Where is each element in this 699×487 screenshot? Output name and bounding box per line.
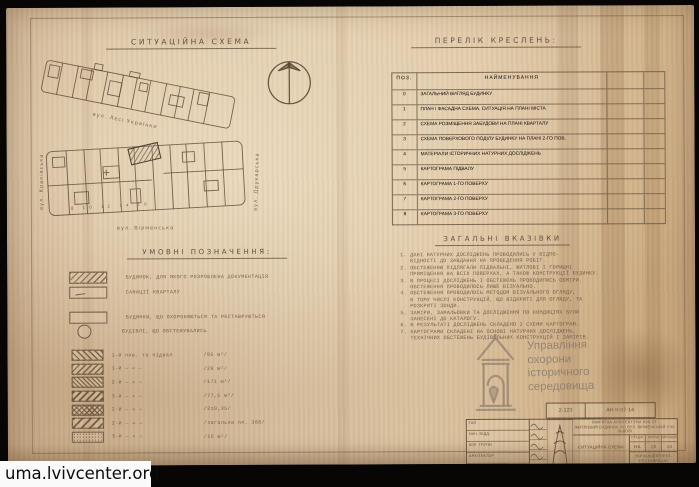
street-label-left: вул. Краківська <box>39 154 45 210</box>
role-row: КЕР. ГРУПИ <box>467 442 529 453</box>
row-name: ПЛАН І ФАСАДНА СХЕМА, СИТУАЦІЯ НА ПЛАНІ … <box>416 104 606 119</box>
role-row: ВИКОНАВ <box>467 464 529 466</box>
row-extra1 <box>606 104 643 118</box>
street-label-right: вул. Друкарська <box>253 152 261 211</box>
legend-label: БУДІВЛІ, ЩО ОБСТЕЖУВАЛИСЬ <box>122 328 207 334</box>
area-value: /219,35/ <box>204 406 231 412</box>
col-header-name: НАЙМЕНУВАННЯ <box>416 72 606 89</box>
stage-header: СТАДІЯ <box>630 435 646 441</box>
area-row: 1-й пов. та підвал/95 м²/ <box>71 346 264 360</box>
table-row: 1ПЛАН І ФАСАДНА СХЕМА, СИТУАЦІЯ НА ПЛАНІ… <box>392 103 664 119</box>
legend-item: БУДІВЛІ, ЩО ОБСТЕЖУВАЛИСЬ <box>77 322 207 341</box>
area-row: 2-й — « —/219,35/ <box>72 400 265 414</box>
drawings-title: ПЕРЕЛІК КРЕСЛЕНЬ: <box>411 35 581 48</box>
watermark-line: історичного <box>528 366 594 381</box>
scanned-sheet: СИТУАЦІЙНА СХЕМА <box>0 0 699 487</box>
col-header-num: ПОЗ. <box>392 73 416 89</box>
col-header-extra2 <box>643 72 674 88</box>
table-row: 2СХЕМА РОЗМІЩЕННЯ ЗАБУДОВИ НА ПЛАНІ КВАР… <box>392 118 664 134</box>
area-row: 3-й — « —/16 м²/ <box>72 427 265 441</box>
row-extra2 <box>643 89 674 103</box>
site-plan-map: вул. Лесі Українки вул. Краківська вул. … <box>34 51 265 244</box>
role-label: ВИКОНАВ <box>469 465 489 466</box>
row-name: КАРТОГРАМА 1-ГО ПОВЕРХУ <box>417 179 607 194</box>
area-row: 1-й — « —/29 м²/ <box>72 359 265 373</box>
role-row: НАЧ. ВІДД. <box>467 431 529 442</box>
row-name: СХЕМА ПОВЕРХОВОГО ПОДІЛУ БУДИНКУ НА ПЛАН… <box>417 134 607 149</box>
legend-swatch-surveyed-circle <box>77 324 91 338</box>
paper-sheet: СИТУАЦІЙНА СХЕМА <box>6 5 696 466</box>
notes-title: ЗАГАЛЬНІ ВКАЗІВКИ <box>435 235 570 247</box>
row-num: 1 <box>392 105 416 119</box>
area-floor: 2-й — « — <box>112 379 204 385</box>
doc-number-strip: 2-123 АН ІІ-07-14 <box>546 402 656 418</box>
row-extra1 <box>606 119 643 133</box>
row-name: КАРТОГРАМА ПІДВАЛУ <box>417 164 607 179</box>
area-value: /95 м²/ <box>204 352 228 358</box>
row-num: 2 <box>392 120 416 134</box>
area-row: 3-й — « —/77,5 м²/ <box>72 387 265 401</box>
stage-value-row: НА 13 14 <box>630 442 677 452</box>
area-floor: 1-й — « — <box>112 366 204 372</box>
row-extra1 <box>607 179 644 193</box>
doc-code: АН ІІ-07-14 <box>586 403 655 417</box>
row-num: 3 <box>393 135 417 149</box>
area-swatch <box>72 377 104 388</box>
legend-item: САНАЦІЇ КВАРТАЛУ <box>69 283 180 301</box>
area-value: /29 м²/ <box>204 365 228 371</box>
table-row: 4МАТЕРІАЛИ ІСТОРИЧНИХ НАТУРНИХ ДОСЛІДЖЕН… <box>393 148 665 164</box>
row-num: 7 <box>393 195 417 209</box>
organization-cell: УКРЗАХІДПРОЕКТ- РЕСТАВРАЦІЯ М. ЛЬВІВ <box>630 452 677 466</box>
row-name: ЗАГАЛЬНИЙ ВИГЛЯД БУДИНКУ <box>416 89 606 104</box>
area-row: 2-й — « —/171 м²/ <box>72 373 265 387</box>
legend-label: БУДИНОК, ДЛЯ ЯКОГО РОЗРОБЛЕНА ДОКУМЕНТАЦ… <box>126 274 269 281</box>
table-header-row: ПОЗ. НАЙМЕНУВАННЯ <box>392 72 664 89</box>
scheme-title: СИТУАЦІЙНА СХЕМА <box>106 37 276 50</box>
role-row: ГАП <box>467 420 529 431</box>
area-value: /77,5 м²/ <box>204 393 235 399</box>
row-extra2 <box>644 179 675 193</box>
north-arrow-icon <box>262 55 316 109</box>
area-value: /16 м²/ <box>204 433 228 439</box>
sheet-value: 13 <box>646 442 662 451</box>
role-label: АРХІТЕКТОР <box>469 454 494 458</box>
drawings-table: ПОЗ. НАЙМЕНУВАННЯ 0ЗАГАЛЬНИЙ ВИГЛЯД БУДИ… <box>391 71 666 225</box>
row-extra2 <box>644 209 675 223</box>
area-row: 2-й — « —/загальна пл. 308/ <box>72 414 265 428</box>
sheet-header: АРКУШ <box>646 435 662 441</box>
area-swatch <box>72 431 104 442</box>
role-label: ГАП <box>469 421 477 425</box>
row-extra2 <box>644 149 675 163</box>
area-value: /171 м²/ <box>204 379 231 385</box>
watermark-line: середовища <box>528 379 594 394</box>
sheet-title: СИТУАЦІЙНА СХЕМА <box>573 445 629 450</box>
project-line: ЖИТЛОВИЙ БУДИНОК ПО ВУЛ. ВІРМЕНСЬКІЙ У М… <box>573 425 677 435</box>
doc-number: 2-123 <box>547 403 586 417</box>
row-extra2 <box>644 164 675 178</box>
area-floor: 3-й — « — <box>112 393 204 399</box>
row-num: 8 <box>393 210 417 224</box>
row-name: КАРТОГРАМА 3-ГО ПОВЕРХУ <box>417 209 607 224</box>
heritage-office-tower-icon <box>467 334 523 418</box>
sheets-header: АРКУШІВ <box>662 435 677 441</box>
notes-block: 1. ДАНІ НАТУРНИХ ДОСЛІДЖЕНЬ ПРОВОДИЛИСЬ … <box>400 251 685 342</box>
street-label-middle: вул. Лесі Українки <box>92 112 158 131</box>
row-extra1 <box>606 89 643 103</box>
row-num: 6 <box>393 180 417 194</box>
title-block: ГАП НАЧ. ВІДД. КЕР. ГРУПИ АРХІТЕКТОР ВИК… <box>466 418 678 466</box>
area-floor: 3-й — « — <box>112 433 204 439</box>
col-header-extra1 <box>606 72 643 88</box>
row-extra1 <box>607 194 644 208</box>
row-name: КАРТОГРАМА 2-ГО ПОВЕРХУ <box>417 194 607 209</box>
stamp-right-area: ПАМ'ЯТКА АРХІТЕКТУРИ ХVІІ СТ. ЖИТЛОВИЙ Б… <box>573 419 677 466</box>
table-row: 0ЗАГАЛЬНИЙ ВИГЛЯД БУДИНКУ <box>392 88 664 104</box>
area-floor: 2-й — « — <box>112 406 204 412</box>
row-num: 0 <box>392 90 416 104</box>
table-row: 6КАРТОГРАМА 1-ГО ПОВЕРХУ <box>393 178 665 194</box>
row-name: МАТЕРІАЛИ ІСТОРИЧНИХ НАТУРНИХ ДОСЛІДЖЕНЬ <box>417 149 607 164</box>
legend-label: САНАЦІЇ КВАРТАЛУ <box>126 289 180 295</box>
row-extra1 <box>607 209 644 223</box>
table-row: 3СХЕМА ПОВЕРХОВОГО ПОДІЛУ БУДИНКУ НА ПЛА… <box>393 133 665 149</box>
row-extra2 <box>643 104 674 118</box>
row-extra1 <box>607 149 644 163</box>
legend-swatch-sanation <box>69 286 107 298</box>
heritage-office-watermark: Управління охорони історичного середовищ… <box>527 339 594 394</box>
row-extra2 <box>644 194 675 208</box>
stamp-emblem-sketch <box>547 420 573 466</box>
sheet-title-cell: СИТУАЦІЙНА СХЕМА <box>573 435 630 466</box>
project-title-cell: ПАМ'ЯТКА АРХІТЕКТУРИ ХVІІ СТ. ЖИТЛОВИЙ Б… <box>573 419 677 435</box>
signatures-column <box>529 420 547 466</box>
stamp-roles-column: ГАП НАЧ. ВІДД. КЕР. ГРУПИ АРХІТЕКТОР ВИК… <box>467 420 530 466</box>
stage-value: НА <box>630 442 646 451</box>
role-label: НАЧ. ВІДД. <box>469 432 490 436</box>
area-value: /загальна пл. 308/ <box>204 420 265 426</box>
role-label: КЕР. ГРУПИ <box>469 443 492 447</box>
watermark-line: Управління <box>527 339 593 354</box>
source-watermark-label: uma.lvivcenter.org <box>0 461 151 487</box>
row-extra2 <box>644 134 675 148</box>
subject-building <box>128 142 161 164</box>
row-extra2 <box>643 119 674 133</box>
legend-title: УМОВНІ ПОЗНАЧЕННЯ: <box>127 248 287 260</box>
area-swatch <box>71 350 103 361</box>
table-row: 7КАРТОГРАМА 2-ГО ПОВЕРХУ <box>393 193 665 209</box>
area-swatch <box>72 418 104 429</box>
legend-label: БУДИНКИ, ЩО ОХОРОНЯЮТЬСЯ ТА РЕСТАВРУЮТЬС… <box>126 314 265 321</box>
street-label-bottom: вул. Вірменська <box>117 225 174 231</box>
areas-list: 1-й пов. та підвал/95 м²/ 1-й — « —/29 м… <box>71 346 265 442</box>
sheets-value: 14 <box>662 442 677 451</box>
house-numbers: 8 10 12 14 16 <box>71 201 151 211</box>
row-name: СХЕМА РОЗМІЩЕННЯ ЗАБУДОВИ НА ПЛАНІ КВАРТ… <box>416 119 606 134</box>
area-floor: 2-й — « — <box>112 420 204 426</box>
row-num: 5 <box>393 165 417 179</box>
source-url-text: uma.lvivcenter.org <box>5 464 159 483</box>
row-extra1 <box>607 134 644 148</box>
table-row: 8КАРТОГРАМА 3-ГО ПОВЕРХУ <box>393 208 665 224</box>
row-num: 4 <box>393 150 417 164</box>
role-row: АРХІТЕКТОР <box>467 453 529 464</box>
org-line: М. ЛЬВІВ <box>630 463 677 466</box>
legend-swatch-hatched-building <box>69 271 107 283</box>
org-line: УКРЗАХІДПРОЕКТ- <box>630 454 677 459</box>
area-floor: 1-й пов. та підвал <box>112 352 204 358</box>
table-row: 5КАРТОГРАМА ПІДВАЛУ <box>393 163 665 179</box>
row-extra1 <box>607 164 644 178</box>
